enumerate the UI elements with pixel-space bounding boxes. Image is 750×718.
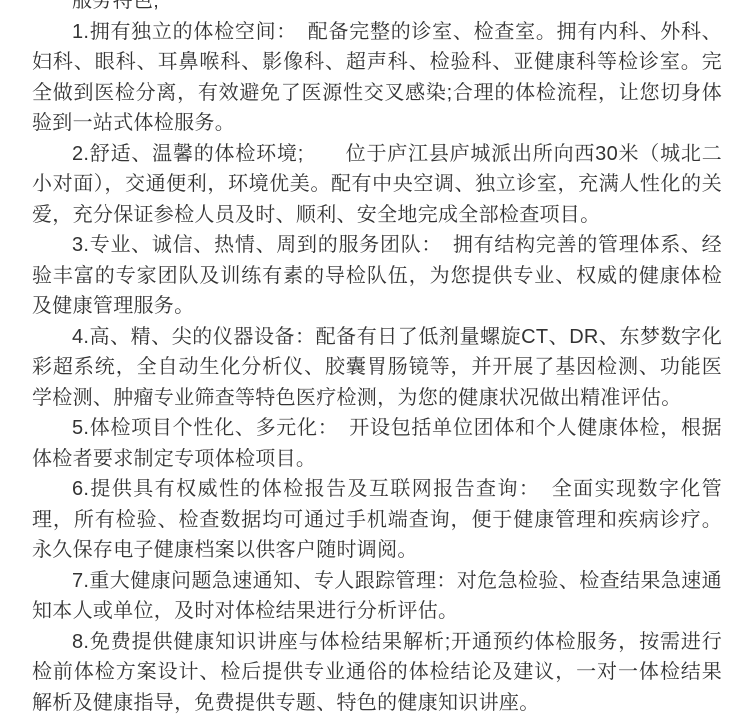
paragraph-feature-2: 2.舒适、温馨的体检环境; 位于庐江县庐城派出所向西30米（城北二小对面），交通… [32, 139, 722, 231]
section-heading-partial: 服务特色; [32, 0, 722, 17]
paragraph-feature-5: 5.体检项目个性化、多元化： 开设包括单位团体和个人健康体检，根据体检者要求制定… [32, 413, 722, 474]
article-page: 服务特色; 1.拥有独立的体检空间： 配备完整的诊室、检查室。拥有内科、外科、妇… [0, 0, 750, 718]
paragraph-feature-1: 1.拥有独立的体检空间： 配备完整的诊室、检查室。拥有内科、外科、妇科、眼科、耳… [32, 17, 722, 139]
paragraph-feature-8: 8.免费提供健康知识讲座与体检结果解析;开通预约体检服务，按需进行检前体检方案设… [32, 627, 722, 718]
paragraph-feature-3: 3.专业、诚信、热情、周到的服务团队： 拥有结构完善的管理体系、经验丰富的专家团… [32, 230, 722, 322]
paragraph-feature-4: 4.高、精、尖的仪器设备：配备有日了低剂量螺旋CT、DR、东梦数字化彩超系统，全… [32, 322, 722, 414]
article-body: 服务特色; 1.拥有独立的体检空间： 配备完整的诊室、检查室。拥有内科、外科、妇… [0, 0, 750, 718]
paragraph-feature-6: 6.提供具有权威性的体检报告及互联网报告查询： 全面实现数字化管理，所有检验、检… [32, 474, 722, 566]
paragraph-feature-7: 7.重大健康问题急速通知、专人跟踪管理：对危急检验、检查结果急速通知本人或单位，… [32, 566, 722, 627]
